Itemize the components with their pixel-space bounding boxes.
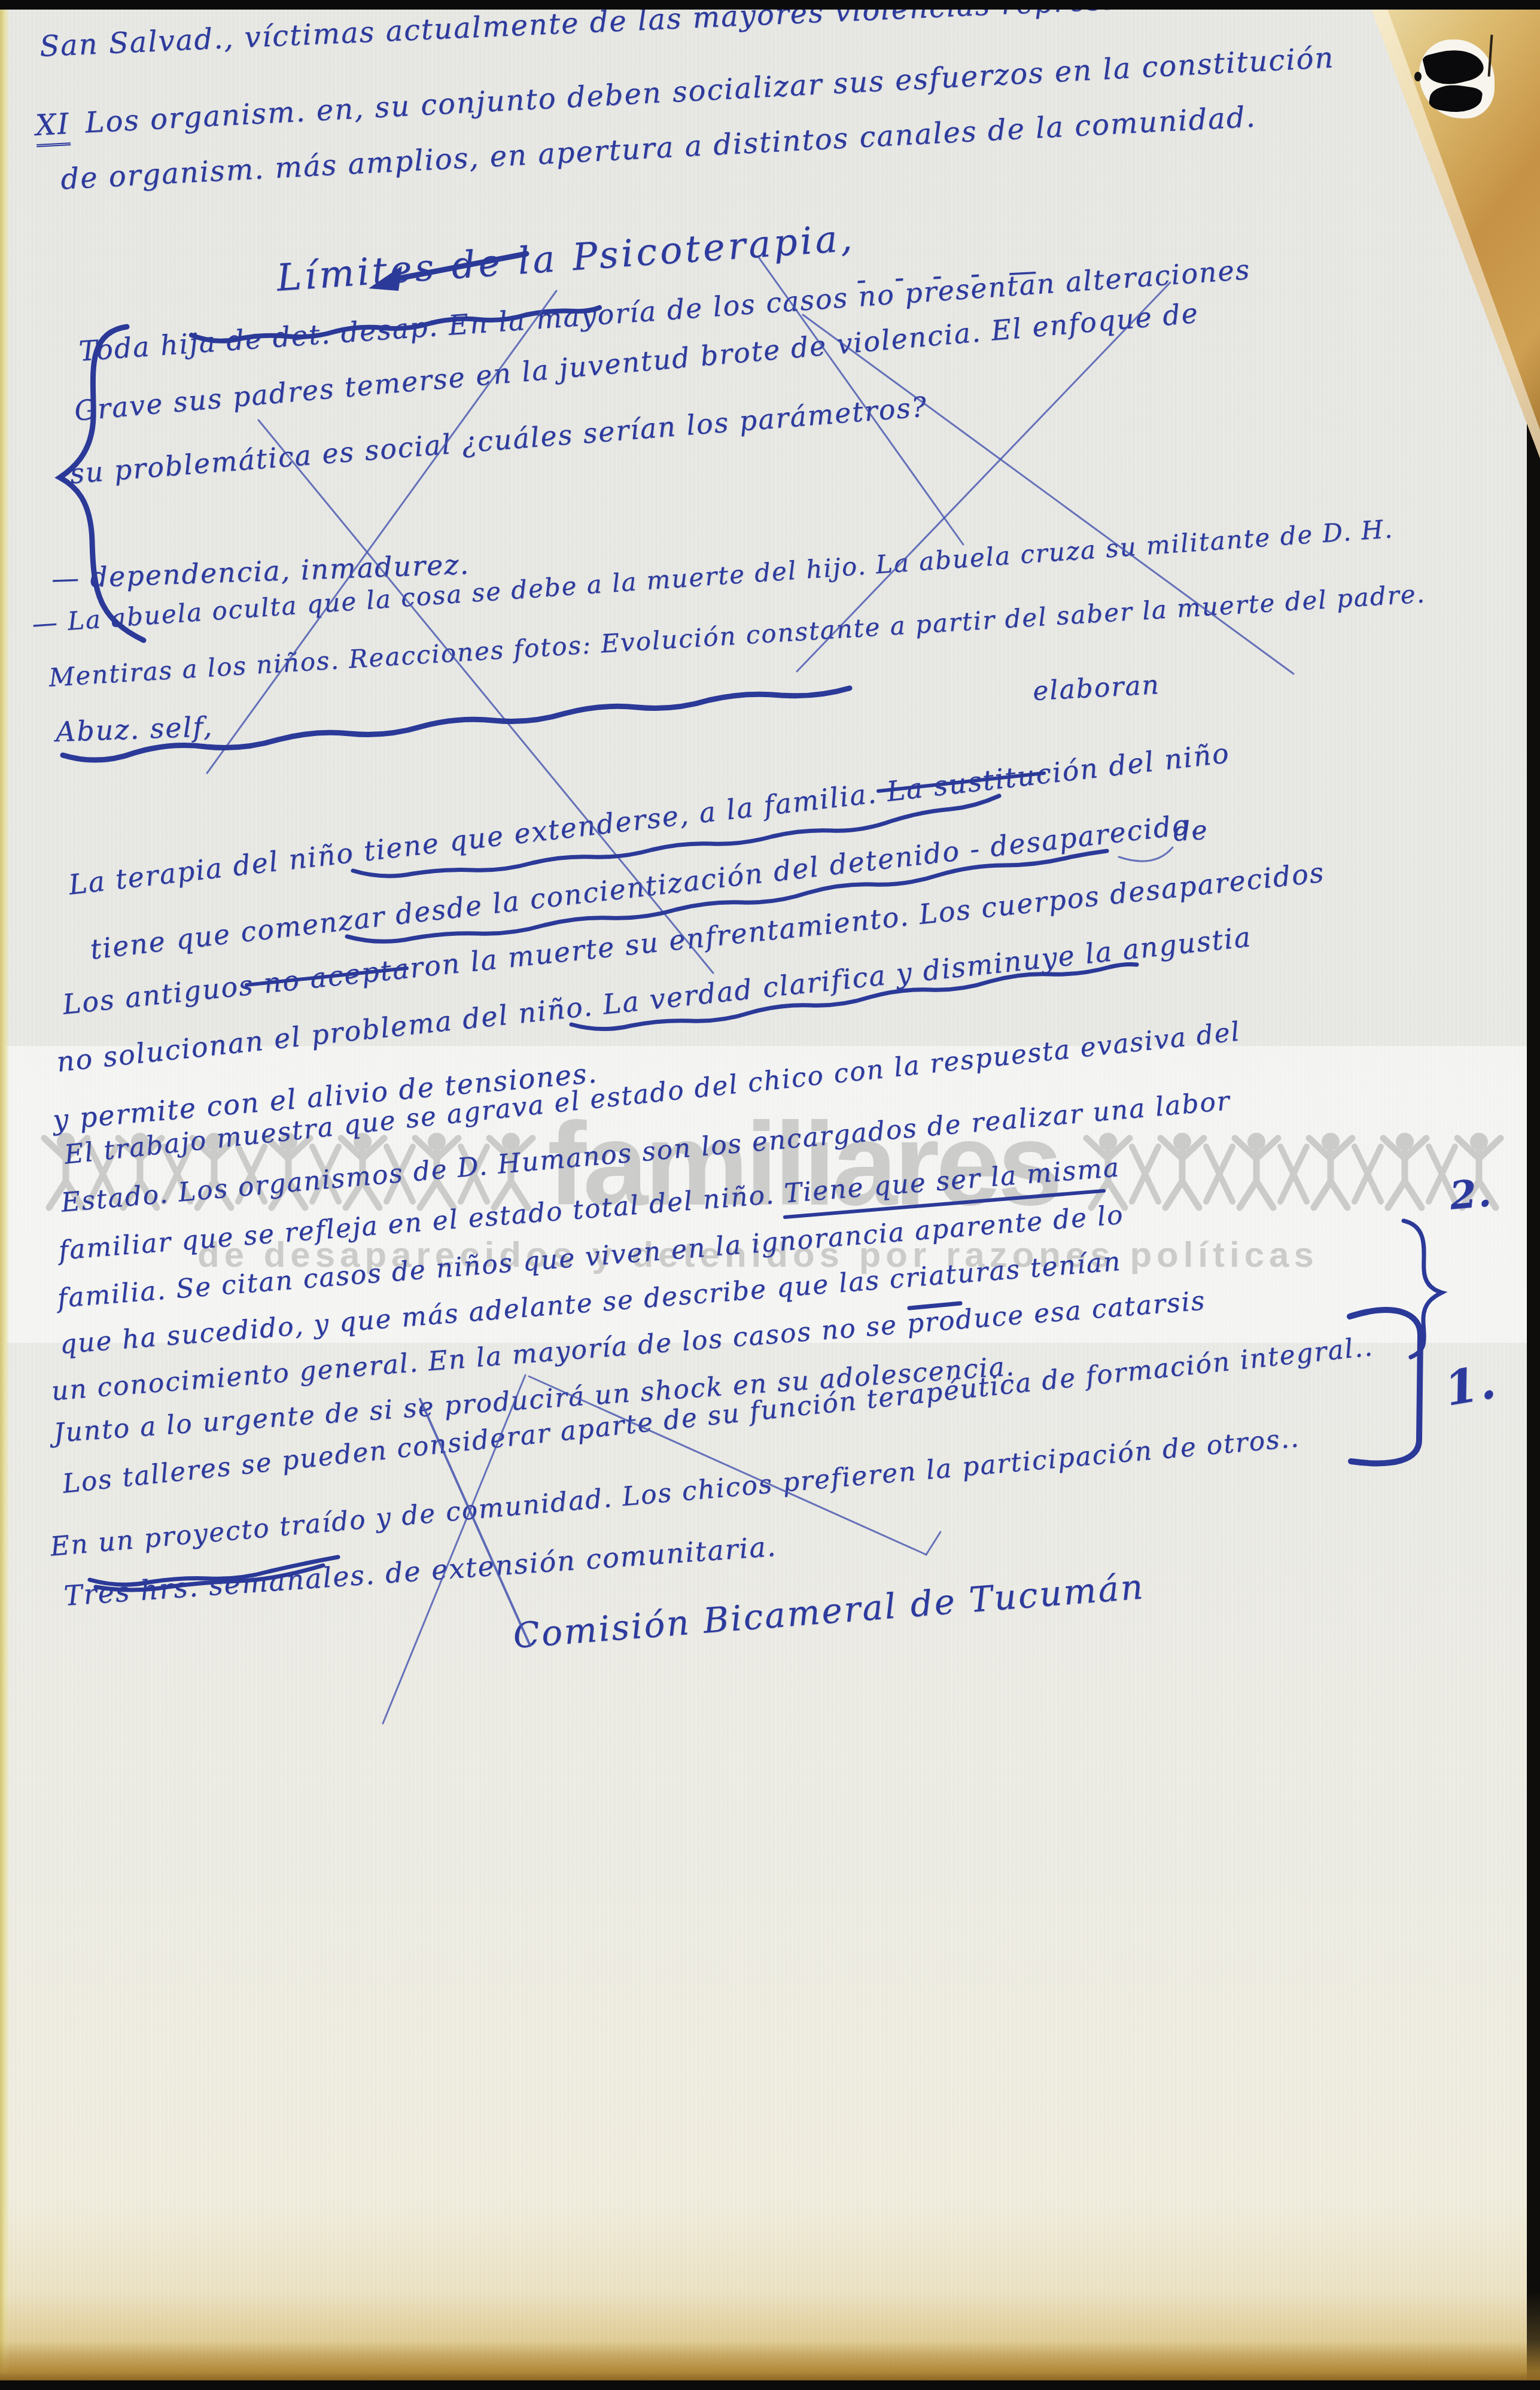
top-scan-edge	[0, 0, 1540, 10]
ink-speck	[1414, 72, 1422, 81]
margin-note-1: 1.	[1441, 1354, 1501, 1416]
bottom-scan-edge	[0, 2380, 1540, 2390]
handwritten-line: Abuz. self,	[55, 710, 214, 748]
section-marker: XI	[35, 107, 71, 147]
page-scan: familiares de desaparecidos y detenidos …	[0, 0, 1540, 2390]
margin-note-2: 2.	[1448, 1170, 1494, 1219]
figure-chain-right	[1086, 1133, 1501, 1208]
left-paper-edge	[0, 0, 10, 2390]
